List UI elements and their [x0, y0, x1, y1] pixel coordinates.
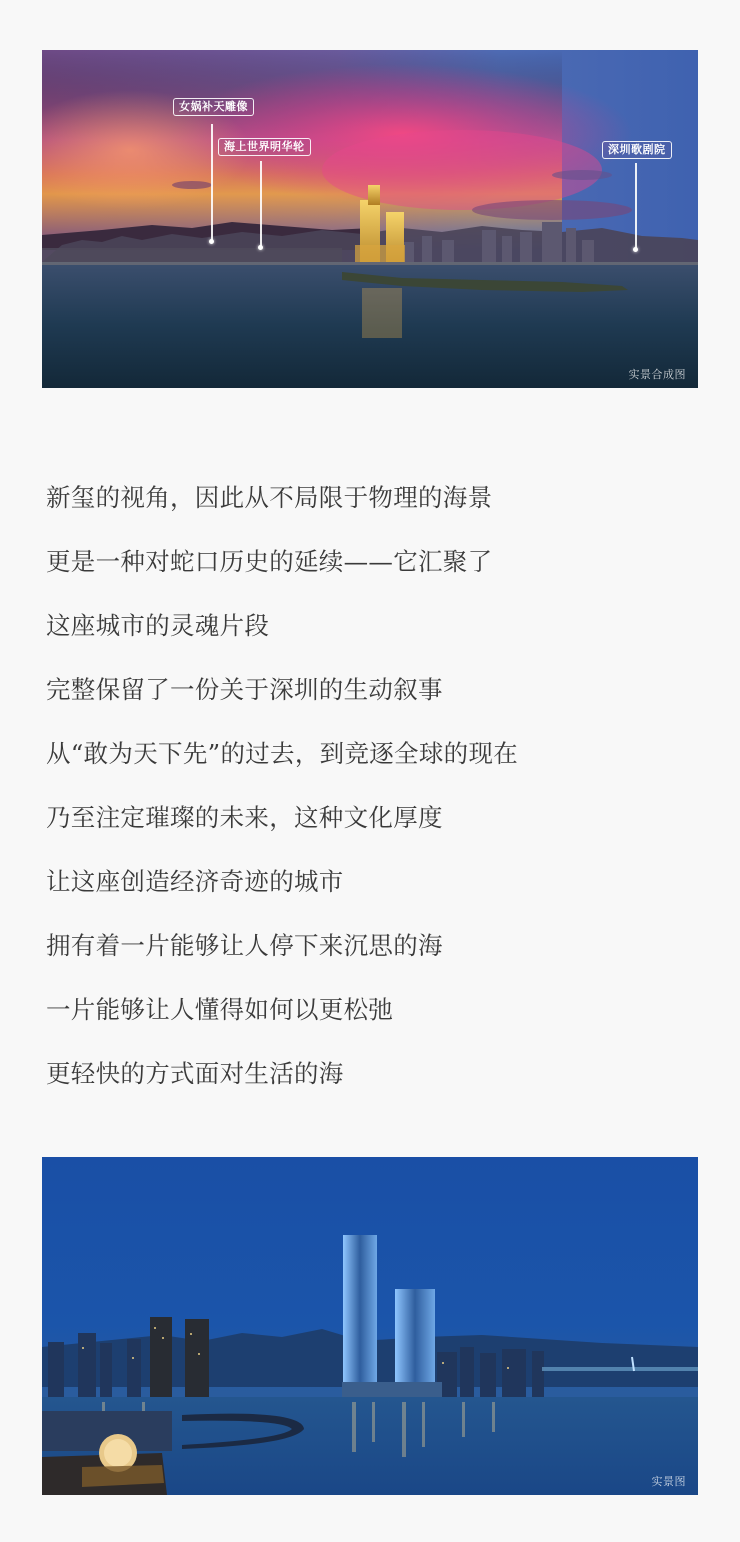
- callout-marker-dot: [258, 245, 263, 250]
- callout-leader-line: [635, 163, 637, 249]
- article-line: 这座城市的灵魂片段: [46, 606, 686, 670]
- sunset-photo-graphic: [42, 50, 698, 388]
- article-line: 完整保留了一份关于深圳的生动叙事: [46, 670, 686, 734]
- article-body: 新玺的视角，因此从不局限于物理的海景 更是一种对蛇口历史的延续——它汇聚了 这座…: [46, 478, 686, 1118]
- night-photo-graphic: [42, 1157, 698, 1495]
- article-line: 一片能够让人懂得如何以更松弛: [46, 990, 686, 1054]
- callout-sea-world-minghua: 海上世界明华轮: [218, 138, 311, 156]
- image-caption: 实景合成图: [629, 366, 687, 382]
- callout-label: 深圳歌剧院: [608, 143, 666, 156]
- callout-shenzhen-opera-house: 深圳歌剧院: [602, 141, 672, 159]
- article-line: 从“敢为天下先”的过去，到竞逐全球的现在: [46, 734, 686, 798]
- image-caption: 实景图: [652, 1473, 687, 1489]
- callout-nuwa-statue: 女娲补天雕像: [173, 98, 254, 116]
- article-line: 拥有着一片能够让人停下来沉思的海: [46, 926, 686, 990]
- night-skyline-image: 实景图: [42, 1157, 698, 1495]
- callout-leader-line: [260, 161, 262, 247]
- article-line: 更是一种对蛇口历史的延续——它汇聚了: [46, 542, 686, 606]
- article-line: 乃至注定璀璨的未来，这种文化厚度: [46, 798, 686, 862]
- callout-marker-dot: [209, 239, 214, 244]
- callout-label: 海上世界明华轮: [224, 140, 305, 153]
- article-line: 新玺的视角，因此从不局限于物理的海景: [46, 478, 686, 542]
- callout-label: 女娲补天雕像: [179, 100, 248, 113]
- callout-marker-dot: [633, 247, 638, 252]
- article-line: 更轻快的方式面对生活的海: [46, 1054, 686, 1118]
- sunset-panorama-image: 女娲补天雕像 海上世界明华轮 深圳歌剧院 实景合成图: [42, 50, 698, 388]
- callout-leader-line: [211, 124, 213, 242]
- article-line: 让这座创造经济奇迹的城市: [46, 862, 686, 926]
